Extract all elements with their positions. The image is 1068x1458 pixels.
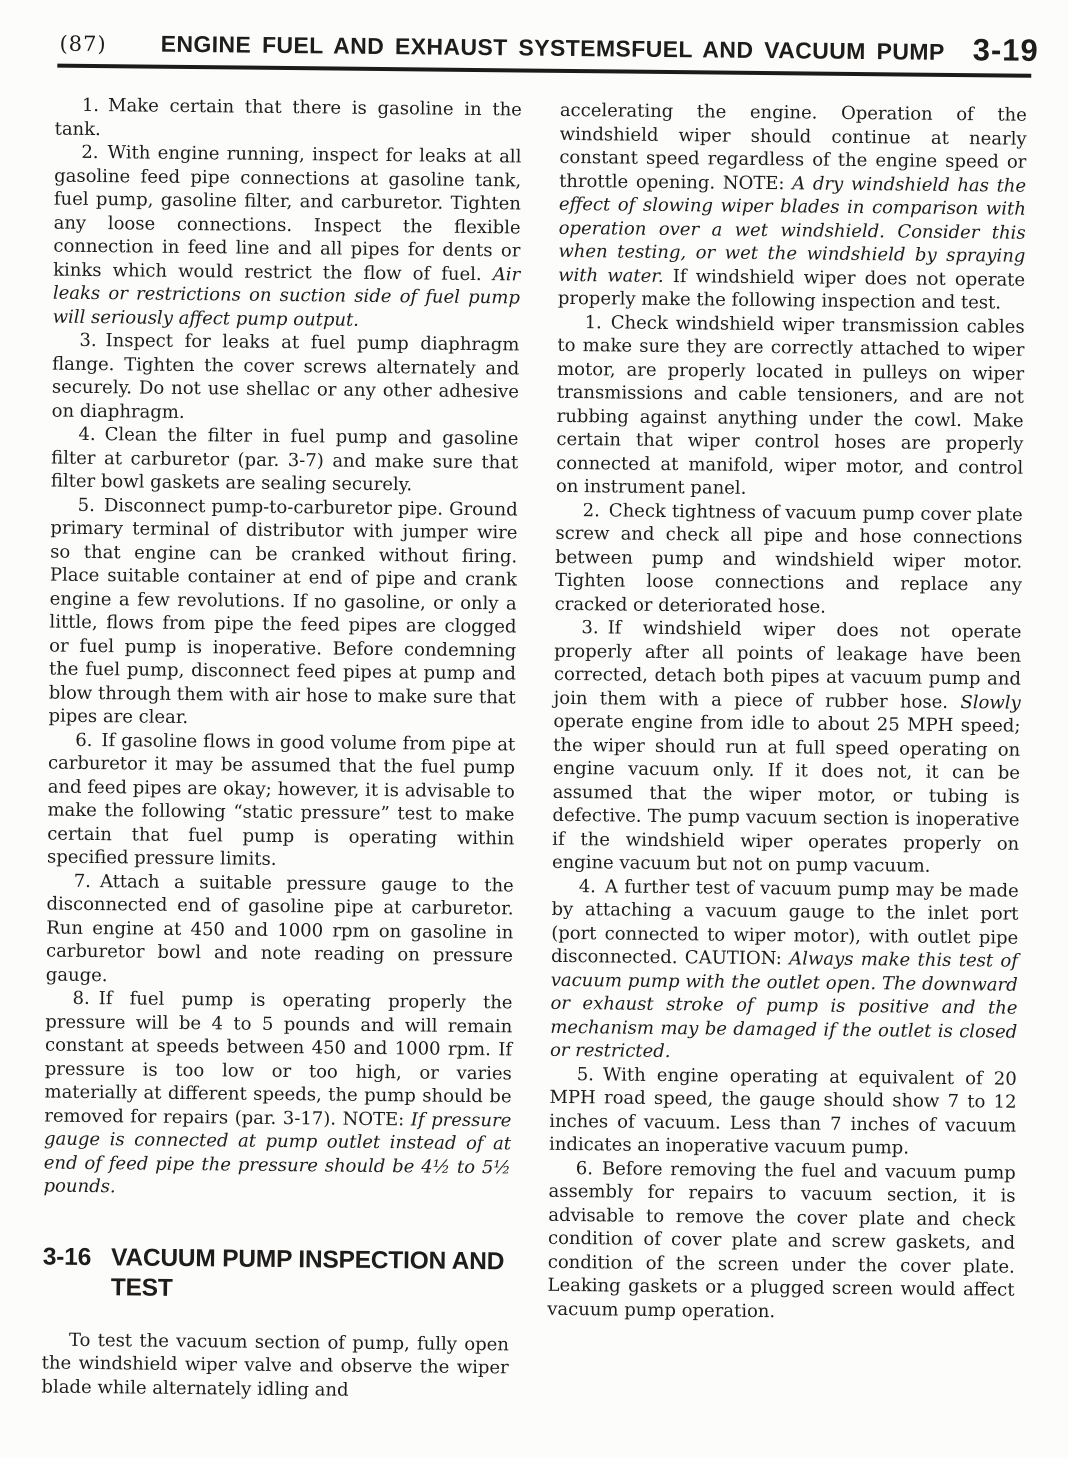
paragraph: 2. With engine running, inspect for leak… [53,141,522,334]
section-heading: 3-16VACUUM PUMP INSPECTION AND TEST [42,1242,510,1307]
section-heading-number: 3-16 [42,1242,91,1303]
page-body: 1. Make certain that there is gasoline i… [0,67,1067,1409]
text-run: 4. Clean the filter in fuel pump and gas… [51,424,519,495]
paragraph: 1. Make certain that there is gasoline i… [55,94,522,146]
text-run: Slowly [960,692,1020,714]
text-run: operate engine from idle to about 25 MPH… [552,711,1021,877]
text-run: 3. If windshield wiper does not operate … [554,617,1022,712]
paragraph: To test the vacuum section of pump, full… [41,1328,509,1403]
text-run: 2. Check tightness of vacuum pump cover … [555,500,1023,618]
page-header: (87) ENGINE FUEL AND EXHAUST SYSTEMS FUE… [0,0,1068,69]
paragraph: 5. With engine operating at equivalent o… [549,1062,1017,1161]
text-run: 6. Before removing the fuel and vacuum p… [547,1158,1016,1322]
text-run: 1. Make certain that there is gasoline i… [55,95,522,140]
text-run: 5. With engine operating at equivalent o… [549,1064,1017,1159]
text-run: 1. Check windshield wiper transmission c… [556,312,1025,499]
paragraph: 6. Before removing the fuel and vacuum p… [547,1156,1016,1325]
text-run: To test the vacuum section of pump, full… [41,1329,509,1400]
text-run: 7. Attach a suitable pressure gauge to t… [46,870,514,985]
right-column: accelerating the engine. Operation of th… [546,99,1027,1409]
page-number: 3-19 [972,32,1038,69]
manual-page: (87) ENGINE FUEL AND EXHAUST SYSTEMS FUE… [0,0,1068,1458]
paragraph: 1. Check windshield wiper transmission c… [556,310,1025,503]
paragraph: 8. If fuel pump is operating properly th… [43,987,512,1203]
text-run: 3. Inspect for leaks at fuel pump diaphr… [52,330,520,423]
paragraph: accelerating the engine. Operation of th… [558,99,1027,315]
paragraph: 5. Disconnect pump-to-carburetor pipe. G… [48,493,517,733]
section-title: FUEL AND VACUUM PUMP [631,36,945,66]
paragraph: 4. Clean the filter in fuel pump and gas… [51,423,519,498]
text-run: 5. Disconnect pump-to-carburetor pipe. G… [48,494,517,728]
scanned-content: (87) ENGINE FUEL AND EXHAUST SYSTEMS FUE… [0,0,1068,1409]
chapter-title: ENGINE FUEL AND EXHAUST SYSTEMS [161,31,632,63]
page-label: (87) [59,32,106,56]
paragraph: 3. Inspect for leaks at fuel pump diaphr… [52,329,520,428]
paragraph: 7. Attach a suitable pressure gauge to t… [46,869,514,991]
text-run: 6. If gasoline flows in good volume from… [47,729,515,870]
paragraph: 3. If windshield wiper does not operate … [552,616,1022,879]
paragraph: 4. A further test of vacuum pump may be … [550,874,1019,1067]
paragraph: 6. If gasoline flows in good volume from… [47,728,515,874]
text-run: 2. With engine running, inspect for leak… [53,142,521,285]
section-heading-title: VACUUM PUMP INSPECTION AND TEST [111,1243,510,1307]
left-column: 1. Make certain that there is gasoline i… [41,94,522,1404]
paragraph: 2. Check tightness of vacuum pump cover … [555,498,1023,620]
